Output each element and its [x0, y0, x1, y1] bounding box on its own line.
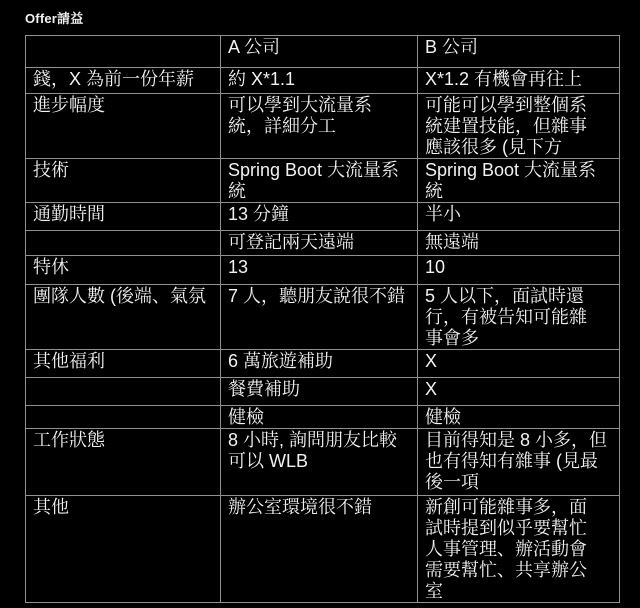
row-label-cell	[26, 406, 221, 429]
row-label-cell	[26, 231, 221, 256]
table-row-remote: 可登記兩天遠端 無遠端	[26, 231, 620, 256]
row-label-cell: 技術	[26, 159, 221, 203]
company-b-cell: Spring Boot 大流量系 統	[418, 159, 620, 203]
row-label-cell	[26, 378, 221, 406]
company-a-cell: 7 人，聽朋友說很不錯	[221, 285, 418, 350]
company-a-cell: 可以學到大流量系 統，詳細分工	[221, 94, 418, 159]
company-a-cell: 13	[221, 256, 418, 285]
table-row-tech: 技術 Spring Boot 大流量系 統 Spring Boot 大流量系 統	[26, 159, 620, 203]
row-label-cell: 進步幅度	[26, 94, 221, 159]
row-label-cell: 工作狀態	[26, 429, 221, 496]
table-header-row: A 公司 B 公司	[26, 36, 620, 68]
company-b-cell: X*1.2 有機會再往上	[418, 68, 620, 94]
company-a-cell: 辦公室環境很不錯	[221, 496, 418, 603]
company-b-cell: 可能可以學到整個系 統建置技能，但雜事 應該很多 (見下方	[418, 94, 620, 159]
company-b-cell: 健檢	[418, 406, 620, 429]
table-row-health-check: 健檢 健檢	[26, 406, 620, 429]
company-b-cell: X	[418, 378, 620, 406]
company-a-cell: 8 小時, 詢問朋友比較 可以 WLB	[221, 429, 418, 496]
company-b-cell: X	[418, 350, 620, 378]
company-b-cell: 新創可能雜事多，面 試時提到似乎要幫忙 人事管理、辦活動會 需要幫忙、共享辦公 …	[418, 496, 620, 603]
company-b-cell: 目前得知是 8 小多，但 也有得知有雜事 (見最 後一項	[418, 429, 620, 496]
company-b-cell: 5 人以下，面試時還 行，有被告知可能雜 事會多	[418, 285, 620, 350]
table-row-salary: 錢，X 為前一份年薪 約 X*1.1 X*1.2 有機會再往上	[26, 68, 620, 94]
table-row-annual-leave: 特休 13 10	[26, 256, 620, 285]
offer-comparison-table: A 公司 B 公司 錢，X 為前一份年薪 約 X*1.1 X*1.2 有機會再往…	[25, 35, 620, 603]
row-label-cell: 通勤時間	[26, 203, 221, 231]
table-row-other: 其他 辦公室環境很不錯 新創可能雜事多，面 試時提到似乎要幫忙 人事管理、辦活動…	[26, 496, 620, 603]
company-a-header: A 公司	[221, 36, 418, 68]
table-row-team-size: 團隊人數 (後端、氣氛 7 人，聽朋友說很不錯 5 人以下，面試時還 行，有被告…	[26, 285, 620, 350]
company-a-cell: 健檢	[221, 406, 418, 429]
corner-cell	[26, 36, 221, 68]
row-label-cell: 錢，X 為前一份年薪	[26, 68, 221, 94]
company-a-cell: Spring Boot 大流量系 統	[221, 159, 418, 203]
company-a-cell: 約 X*1.1	[221, 68, 418, 94]
company-a-cell: 6 萬旅遊補助	[221, 350, 418, 378]
company-b-header: B 公司	[418, 36, 620, 68]
company-b-cell: 無遠端	[418, 231, 620, 256]
table-row-growth: 進步幅度 可以學到大流量系 統，詳細分工 可能可以學到整個系 統建置技能，但雜事…	[26, 94, 620, 159]
table-row-commute: 通勤時間 13 分鐘 半小	[26, 203, 620, 231]
page-title: Offer請益	[25, 8, 83, 27]
page: Offer請益 A 公司 B 公司 錢，X 為前一份年薪 約 X*1.1 X*1…	[0, 0, 640, 608]
row-label-cell: 特休	[26, 256, 221, 285]
company-b-cell: 10	[418, 256, 620, 285]
company-b-cell: 半小	[418, 203, 620, 231]
row-label-cell: 其他福利	[26, 350, 221, 378]
table-row-work-condition: 工作狀態 8 小時, 詢問朋友比較 可以 WLB 目前得知是 8 小多，但 也有…	[26, 429, 620, 496]
table-row-other-benefits: 其他福利 6 萬旅遊補助 X	[26, 350, 620, 378]
table-row-meal-subsidy: 餐費補助 X	[26, 378, 620, 406]
company-a-cell: 13 分鐘	[221, 203, 418, 231]
row-label-cell: 團隊人數 (後端、氣氛	[26, 285, 221, 350]
row-label-cell: 其他	[26, 496, 221, 603]
company-a-cell: 可登記兩天遠端	[221, 231, 418, 256]
company-a-cell: 餐費補助	[221, 378, 418, 406]
